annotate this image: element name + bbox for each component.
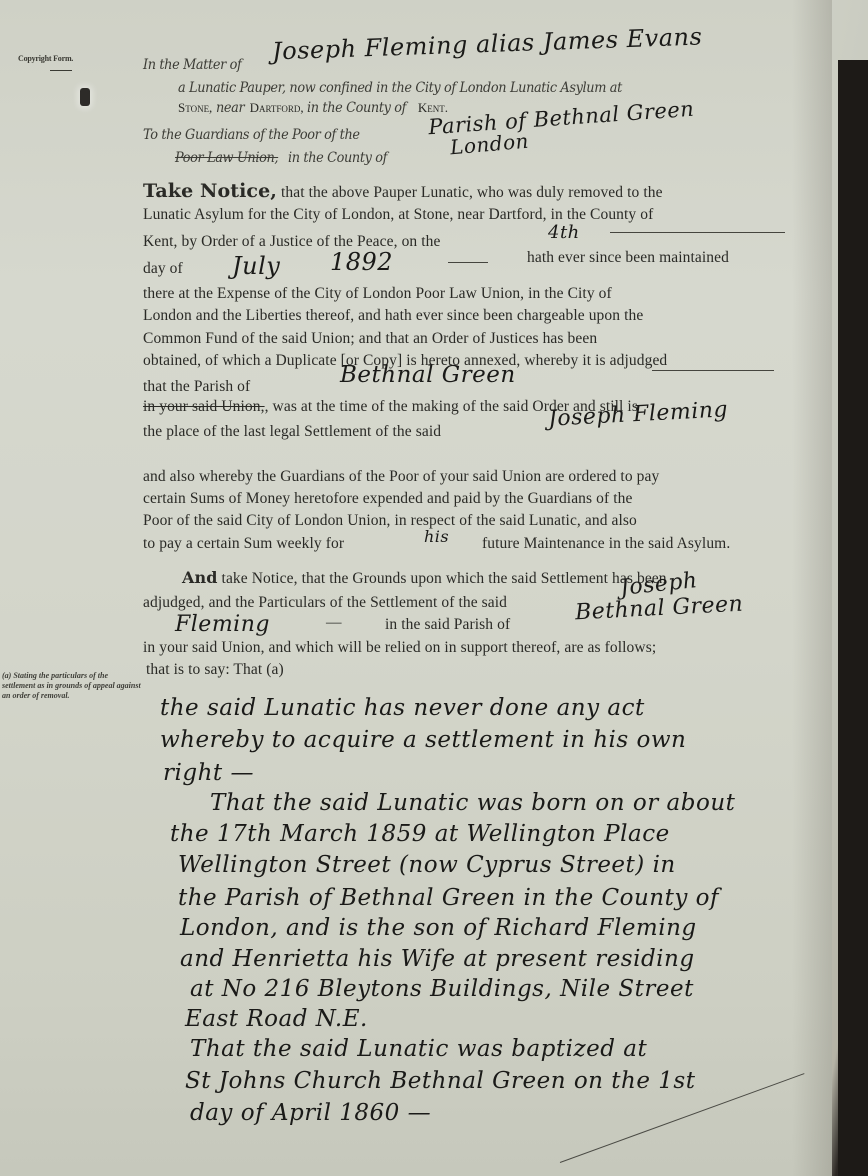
- particulars-line: the said Lunatic has never done any act: [160, 695, 645, 721]
- notice-line-6: London and the Liberties thereof, and ha…: [143, 307, 643, 325]
- blank-line: [652, 370, 774, 371]
- particulars-line: whereby to acquire a settlement in his o…: [160, 727, 686, 753]
- particulars-line: and Henrietta his Wife at present residi…: [180, 946, 695, 972]
- binding-edge: [838, 60, 868, 1176]
- particulars-line: the 17th March 1859 at Wellington Place: [170, 821, 670, 847]
- margin-note-a: (a) Stating the particulars of the settl…: [2, 671, 142, 701]
- parish-of-label: that the Parish of: [143, 378, 250, 396]
- in-said-parish-label: in the said Parish of: [385, 616, 510, 634]
- year-handwritten: 1892: [330, 248, 393, 276]
- struck-poor-law-union: Poor Law Union,: [175, 150, 278, 166]
- particulars-line: at No 216 Bleytons Buildings, Nile Stree…: [190, 976, 694, 1002]
- notice-line-3: Kent, by Order of a Justice of the Peace…: [143, 233, 440, 251]
- particulars-line: the Parish of Bethnal Green in the Count…: [178, 885, 719, 911]
- stone-text: Stone,: [178, 100, 212, 115]
- struck-in-your-said-union: in your said Union,: [143, 398, 265, 415]
- day-of-label: day of: [143, 260, 183, 278]
- notice-line-14: certain Sums of Money heretofore expende…: [143, 490, 632, 508]
- future-maintenance-text: future Maintenance in the said Asylum.: [482, 535, 730, 553]
- grounds-line-4: in your said Union, and which will be re…: [143, 639, 656, 657]
- divider: [50, 70, 72, 71]
- dartford-text: Dartford,: [250, 100, 304, 115]
- notice-line-7: Common Fund of the said Union; and that …: [143, 330, 597, 348]
- confinement-line: a Lunatic Pauper, now confined in the Ci…: [178, 80, 622, 96]
- notice-text: that the above Pauper Lunatic, who was d…: [281, 184, 663, 201]
- notice-line-15: Poor of the said City of London Union, i…: [143, 512, 637, 530]
- blank-line: [610, 232, 785, 233]
- day-handwritten: 4th: [548, 222, 580, 243]
- punch-hole: [80, 88, 90, 106]
- grounds-line-1: And take Notice, that the Grounds upon w…: [182, 568, 667, 588]
- grounds-line-5: that is to say: That (a): [146, 661, 284, 679]
- grounds-text: take Notice, that the Grounds upon which…: [222, 570, 667, 587]
- near-text: near: [216, 100, 244, 116]
- kent-text: Kent.: [418, 100, 448, 115]
- patient-name-handwritten: Joseph Fleming alias James Evans: [272, 22, 703, 65]
- grounds-line-2: adjudged, and the Particulars of the Set…: [143, 594, 507, 612]
- grounds-surname-handwritten: Fleming: [175, 612, 270, 637]
- maintained-text: hath ever since been maintained: [527, 249, 729, 267]
- copyright-form-label: Copyright Form.: [18, 54, 73, 63]
- notice-line-13: and also whereby the Guardians of the Po…: [143, 468, 659, 486]
- dash: [448, 262, 488, 263]
- settlement-of-label: the place of the last legal Settlement o…: [143, 423, 441, 441]
- in-the-matter-of-label: In the Matter of: [143, 57, 241, 73]
- notice-line-5: there at the Expense of the City of Lond…: [143, 285, 612, 303]
- document-page: Copyright Form. In the Matter of Joseph …: [0, 0, 832, 1176]
- particulars-line: London, and is the son of Richard Flemin…: [180, 915, 697, 941]
- take-notice-heading: Take Notice,: [143, 180, 277, 202]
- particulars-line: That the said Lunatic was born on or abo…: [210, 790, 735, 816]
- and-heading: And: [182, 568, 218, 587]
- asylum-location-line: Stone, near Dartford, in the County of K…: [178, 100, 448, 116]
- his-handwritten: his: [424, 527, 449, 546]
- in-county-of-label: in the County of: [288, 150, 387, 166]
- county-text: in the County of: [307, 100, 406, 116]
- grounds-parish-handwritten: Bethnal Green: [574, 592, 743, 626]
- particulars-line: Wellington Street (now Cyprus Street) in: [178, 852, 676, 878]
- particulars-line: St Johns Church Bethnal Green on the 1st: [185, 1068, 695, 1094]
- particulars-line: East Road N.E.: [185, 1006, 368, 1032]
- particulars-line: day of April 1860 —: [190, 1100, 431, 1126]
- weekly-for-label: to pay a certain Sum weekly for: [143, 535, 344, 553]
- notice-line-1: Take Notice, that the above Pauper Lunat…: [143, 180, 663, 202]
- adjudged-parish-handwritten: Bethnal Green: [340, 362, 516, 388]
- particulars-line: right —: [163, 760, 254, 786]
- to-guardians-label: To the Guardians of the Poor of the: [143, 127, 360, 143]
- month-handwritten: July: [232, 252, 280, 280]
- particulars-line: That the said Lunatic was baptized at: [190, 1036, 647, 1062]
- grounds-dash: —: [326, 614, 342, 632]
